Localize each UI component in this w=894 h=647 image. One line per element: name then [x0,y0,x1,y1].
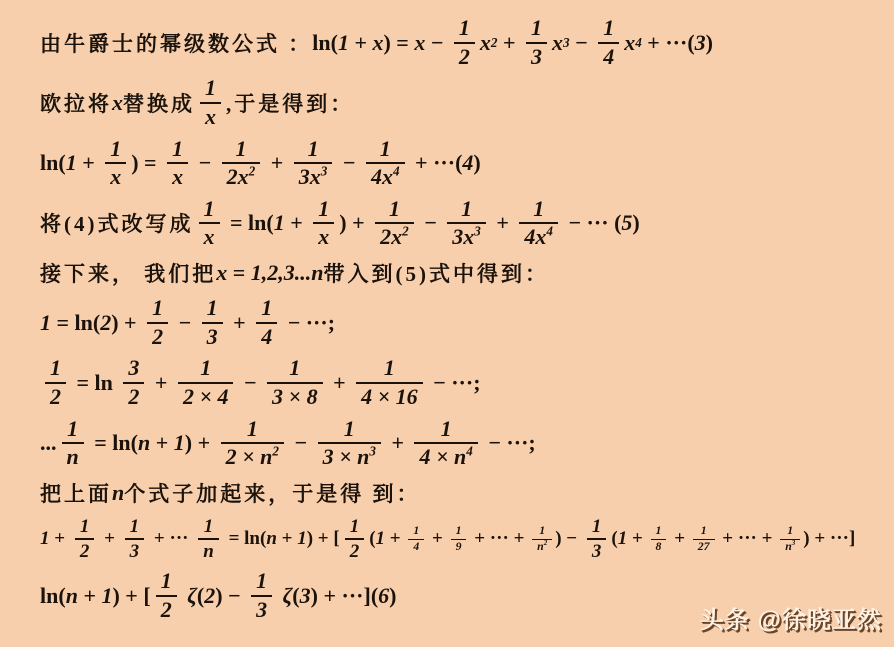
fraction: 13 [125,516,145,563]
text-run: = ln( [51,310,100,336]
text-run: + ··· [149,528,193,550]
fraction: 14 [256,296,277,349]
text-run: 1 [533,196,544,221]
text-run: 1 [289,355,300,380]
text-run: = ln( [225,210,274,236]
text-run: x [624,30,635,56]
text-run: = ln( [89,430,138,456]
text-run: 3 [256,597,267,622]
fraction: 1x [313,197,334,250]
text-run: + [328,370,352,396]
line-case-xn: ...1n = ln(n + 1) + 12 × n2 − 13 × n3 + … [40,417,886,470]
fraction-denominator: n [198,540,219,562]
text-run: x [110,164,121,189]
fraction-denominator: 3x3 [447,224,486,250]
text-run: 1 [80,516,90,537]
text-run: 1 [101,583,112,609]
text-run: 3 [695,30,706,56]
text-run: x [318,224,329,249]
text-run: ) + [ [307,528,340,550]
text-run: + [627,528,647,550]
text-run: 3x [299,164,321,189]
fraction: 14 [408,525,424,553]
fraction-denominator: x [105,164,126,190]
fraction: 13x3 [294,137,333,190]
math-note-page: { "page": { "bg_color": "#f8cfad", "text… [0,0,894,647]
fraction: 12 × 4 [178,356,234,409]
fraction: 13 [587,516,607,563]
text-run: + [77,150,101,176]
superscript: 4 [546,224,553,239]
text-run: x [480,30,491,56]
fraction-numerator: 1 [587,516,607,540]
text-run: 1 [461,196,472,221]
fraction-numerator: 1 [199,197,220,225]
fraction-denominator: 3 [587,540,607,562]
text-run: − [289,430,313,456]
text-run: ) = [383,30,414,56]
text-run: + ···( [642,30,695,56]
fraction-denominator: 3 × n3 [318,444,381,470]
text-run: + [277,528,297,550]
fraction-denominator: 3 [526,44,547,70]
text-run: 1 [40,310,51,336]
text-run: 1 [350,516,360,537]
fraction-numerator: 1 [318,417,381,445]
text-run: − ···; [483,430,536,456]
text-run: + [149,370,173,396]
fraction: 13 [526,16,547,69]
text-run: 1 [200,355,211,380]
fraction-numerator: 1 [251,569,272,597]
fraction-numerator: 1 [75,516,95,540]
text-run: 1 [204,196,215,221]
fraction-numerator: 1 [105,137,126,165]
fraction-numerator: 1 [447,197,486,225]
fraction: 12 [156,569,177,622]
fraction-denominator: 2 [345,540,365,562]
text-run: ) − [555,528,582,550]
text-run: ) + [ [112,583,150,609]
text-run: 3 [207,324,218,349]
text-run: 1 [384,355,395,380]
fraction-denominator: 2 [156,597,177,623]
text-run: 1 [235,136,246,161]
text-run: 1 [172,136,183,161]
text-run: 6 [378,583,389,609]
text-run: + [349,30,373,56]
line-case-x1: 1 = ln(2) + 12 − 13 + 14 − ···; [40,296,886,349]
text-run: + [285,210,309,236]
fraction: 1n3 [780,525,800,553]
text-run: 2 [161,597,172,622]
fraction-numerator: 3 [123,356,144,384]
fraction-denominator: 3 [202,324,223,350]
text-run: 4 × n [419,444,466,469]
fraction-numerator: 1 [62,417,84,445]
text-run: n [66,583,78,609]
text-run: 1,2,3...n [251,260,324,286]
fraction: 1x [167,137,188,190]
fraction: 12x2 [222,137,261,190]
fraction-denominator: n3 [780,540,800,553]
text-run: 1 [701,524,707,537]
text-run: 1 [459,15,470,40]
text-run: 1 [456,524,462,537]
fraction-denominator: 4x4 [519,224,558,250]
line-eq5: 将(4)式改写成1x = ln(1 + 1x) + 12x2 − 13x3 + … [40,197,886,250]
text-run: 2 [459,44,470,69]
fraction-denominator: 2x2 [375,224,414,250]
fraction-denominator: n2 [532,540,552,553]
text-run: 9 [456,540,462,553]
text-run: n [138,430,150,456]
fraction-numerator: 1 [45,356,66,384]
text-run: ( [292,583,299,609]
text-run: 1 [40,528,50,550]
text-run: 1 [441,416,452,441]
fraction-numerator: 1 [125,516,145,540]
text-run: 1 [531,15,542,40]
fraction-numerator: 1 [200,76,221,104]
text-run: ) [389,583,396,609]
text-run: 2 [350,541,360,562]
text-run: 3 [300,583,311,609]
text-run: 2x [380,224,402,249]
text-run: 1 [261,295,272,320]
text-run: 4 × 16 [361,384,418,409]
fraction: 19 [451,525,467,553]
fraction: 13 [202,296,223,349]
text-run: 1 [376,528,386,550]
text-run: − [337,150,361,176]
text-run: ζ [182,583,197,609]
text-run: ln( [40,583,66,609]
text-run: 1 [50,355,61,380]
fraction-numerator: 1 [375,197,414,225]
text-run: ) + [111,310,142,336]
math-lines: 由牛爵士的幂级数公式 ：ln(1 + x) = x − 12x2 + 13x3 … [0,0,894,623]
text-run: − [425,30,449,56]
text-run: 3 [592,541,602,562]
text-run: 2 [50,384,61,409]
text-run: 2 × 4 [183,384,229,409]
fraction-denominator: 2 × n2 [221,444,284,470]
fraction-numerator: 1 [147,296,168,324]
fraction-denominator: 4 [408,540,424,553]
text-run: 4x [371,164,393,189]
text-run: 由牛爵士的幂级数公式 ： [40,28,312,58]
text-run: 1 [110,136,121,161]
text-run: 1 [656,524,662,537]
fraction-numerator: 1 [202,296,223,324]
text-run: 1 [618,528,628,550]
fraction-numerator: 1 [451,525,467,539]
text-run: 1 [274,210,285,236]
text-run: ln( [312,30,338,56]
text-run: ,于是得到： [226,88,354,118]
text-run: + [228,310,252,336]
fraction-denominator: 27 [693,540,715,553]
text-run: 1 [67,416,78,441]
fraction-denominator: 2 [45,384,66,410]
fraction: 32 [123,356,144,409]
fraction: 14 × n4 [414,417,477,470]
text-run: ) + [185,430,216,456]
fraction: 1x [199,197,220,250]
text-run: + ···( [410,150,463,176]
text-run: + [669,528,689,550]
text-run: ) + ···] [803,528,855,550]
fraction-numerator: 1 [313,197,334,225]
fraction-denominator: 4 × 16 [356,384,423,410]
text-run: 1 [592,516,602,537]
text-run: − [419,210,443,236]
text-run: + [50,528,70,550]
fraction: 18 [651,525,667,553]
text-run: + [491,210,515,236]
fraction-numerator: 1 [519,197,558,225]
text-run: n [67,444,79,469]
text-run: + [99,528,119,550]
text-run: 1 [308,136,319,161]
fraction-numerator: 1 [356,356,423,384]
text-run: ) + ···]( [311,583,379,609]
fraction-numerator: 1 [408,525,424,539]
fraction-numerator: 1 [651,525,667,539]
text-run: x [372,30,383,56]
text-run: 1 [539,524,545,537]
fraction-numerator: 1 [780,525,800,539]
text-run: − ···; [428,370,481,396]
text-run: ) [473,150,480,176]
text-run: 4 [462,150,473,176]
text-run: ... [40,430,57,456]
text-run: 3x [452,224,474,249]
fraction-denominator: 3 × 8 [267,384,323,410]
fraction: 1n2 [532,525,552,553]
text-run: 1 [207,295,218,320]
fraction-denominator: 3x3 [294,164,333,190]
text-run: x [204,224,215,249]
text-run: 把上面 [40,478,112,508]
text-run: 3 [130,541,140,562]
fraction-numerator: 1 [454,16,475,44]
superscript: 2 [249,164,256,179]
text-run: 2 [128,384,139,409]
text-run: 将(4)式改写成 [40,208,194,238]
fraction-denominator: 3 [125,540,145,562]
text-run: 2 [204,583,215,609]
text-run: x [172,164,183,189]
superscript: 4 [393,164,400,179]
text-run: ) [706,30,713,56]
text-run: 4 [603,44,614,69]
fraction: 13 × 8 [267,356,323,409]
fraction-numerator: 1 [156,569,177,597]
superscript: 4 [466,444,473,459]
superscript: 2 [544,539,548,547]
fraction: 14x4 [519,197,558,250]
text-run: 1 [787,524,793,537]
text-run: x [205,104,216,129]
fraction-numerator: 1 [366,137,405,165]
fraction-denominator: 9 [451,540,467,553]
text-run: 3 [128,355,139,380]
text-run: 带入到(5)式中得到： [324,258,550,288]
fraction-numerator: 1 [198,516,219,540]
text-run: ζ [277,583,292,609]
text-run: − [238,370,262,396]
text-run: 2 × n [226,444,273,469]
text-run: n [112,480,124,506]
fraction: 12 [345,516,365,563]
text-run: ) − [215,583,246,609]
text-run: 4 [261,324,272,349]
fraction-numerator: 1 [221,417,284,445]
fraction-numerator: 1 [345,516,365,540]
fraction: 13x3 [447,197,486,250]
fraction-numerator: 1 [526,16,547,44]
text-run: 1 [380,136,391,161]
line-sum-note: 把上面n个式子加起来，于是得 到： [40,477,886,509]
fraction-denominator: 2 [75,540,95,562]
text-run: 接下来， 我们把 [40,258,216,288]
text-run: + [150,430,174,456]
text-run: − ··· ( [563,210,621,236]
text-run: − [193,150,217,176]
text-run: = ln( [224,528,267,550]
text-run: x [414,30,425,56]
line-substitute-values: 接下来， 我们把x = 1,2,3...n带入到(5)式中得到： [40,257,886,289]
fraction: 1x [105,137,126,190]
line-case-x2: 12 = ln 32 + 12 × 4 − 13 × 8 + 14 × 16 −… [40,356,886,409]
text-run: 1 [603,15,614,40]
fraction-denominator: 3 [251,597,272,623]
line-euler-substitute: 欧拉将x替换成1x,于是得到： [40,76,886,129]
fraction: 14 [598,16,619,69]
text-run: ) = [131,150,162,176]
text-run: 2 [100,310,111,336]
text-run: = ln [71,370,118,396]
text-run: 2 [80,541,90,562]
text-run: 3 [531,44,542,69]
fraction: 14 × 16 [356,356,423,409]
text-run: x [112,90,123,116]
text-run: 1 [66,150,77,176]
superscript: 3 [474,224,481,239]
superscript: 3 [792,539,796,547]
text-run: 8 [656,540,662,553]
text-run: 4x [524,224,546,249]
text-run: + [385,528,405,550]
text-run: − [570,30,594,56]
text-run: 1 [130,516,140,537]
fraction-numerator: 1 [294,137,333,165]
superscript: 3 [369,444,376,459]
text-run: 4 [413,540,419,553]
fraction-denominator: n [62,444,84,470]
text-run: 2x [227,164,249,189]
watermark: 头条 @徐晓亚然 [700,600,882,635]
text-run: − [173,310,197,336]
text-run: 1 [205,75,216,100]
text-run: 个式子加起来，于是得 到： [124,478,420,508]
fraction-numerator: 1 [222,137,261,165]
text-run: 1 [338,30,349,56]
fraction: 13 [251,569,272,622]
fraction-numerator: 1 [267,356,323,384]
line-eq4: ln(1 + 1x) = 1x − 12x2 + 13x3 − 14x4 + ·… [40,137,886,190]
text-run: 1 [204,516,214,537]
text-run: 1 [247,416,258,441]
text-run: + [427,528,447,550]
fraction: 1n [62,417,84,470]
fraction-denominator: 2 [147,324,168,350]
text-run: 1 [389,196,400,221]
fraction-denominator: 2 [454,44,475,70]
fraction-denominator: 4 × n4 [414,444,477,470]
fraction: 12 [45,356,66,409]
text-run: = [227,260,251,286]
text-run: 1 [413,524,419,537]
text-run: ln( [40,150,66,176]
text-run: + [78,583,102,609]
text-run: ) [632,210,639,236]
fraction: 14x4 [366,137,405,190]
text-run: x [216,260,227,286]
fraction-numerator: 1 [178,356,234,384]
text-run: + ··· + [718,528,778,550]
line-newton-series: 由牛爵士的幂级数公式 ：ln(1 + x) = x − 12x2 + 13x3 … [40,16,886,69]
text-run: + ··· + [469,528,529,550]
fraction-denominator: 2x2 [222,164,261,190]
fraction-denominator: 8 [651,540,667,553]
text-run: − ···; [282,310,335,336]
fraction-denominator: 4 [256,324,277,350]
fraction: 127 [693,525,715,553]
superscript: 2 [402,224,409,239]
fraction: 1n [198,516,219,563]
text-run: 1 [256,568,267,593]
text-run: n [266,528,277,550]
text-run: 1 [297,528,307,550]
fraction-numerator: 1 [598,16,619,44]
line-eq6-long: 1 + 12 + 13 + ··· 1n = ln(n + 1) + [12(1… [40,516,886,563]
fraction-denominator: 2 × 4 [178,384,234,410]
fraction: 1x [200,76,221,129]
text-run: 1 [152,295,163,320]
text-run: 2 [152,324,163,349]
fraction-denominator: 4 [598,44,619,70]
text-run: + [386,430,410,456]
text-run: 3 × n [323,444,370,469]
text-run: 替换成 [123,88,195,118]
fraction: 12 [75,516,95,563]
text-run: 欧拉将 [40,88,112,118]
text-run: + [265,150,289,176]
fraction: 12 [454,16,475,69]
text-run: + [498,30,522,56]
fraction-numerator: 1 [532,525,552,539]
fraction-numerator: 1 [414,417,477,445]
text-run: 27 [698,540,710,553]
fraction-denominator: x [167,164,188,190]
fraction-numerator: 1 [256,296,277,324]
text-run: 1 [318,196,329,221]
fraction: 12 × n2 [221,417,284,470]
fraction: 12x2 [375,197,414,250]
